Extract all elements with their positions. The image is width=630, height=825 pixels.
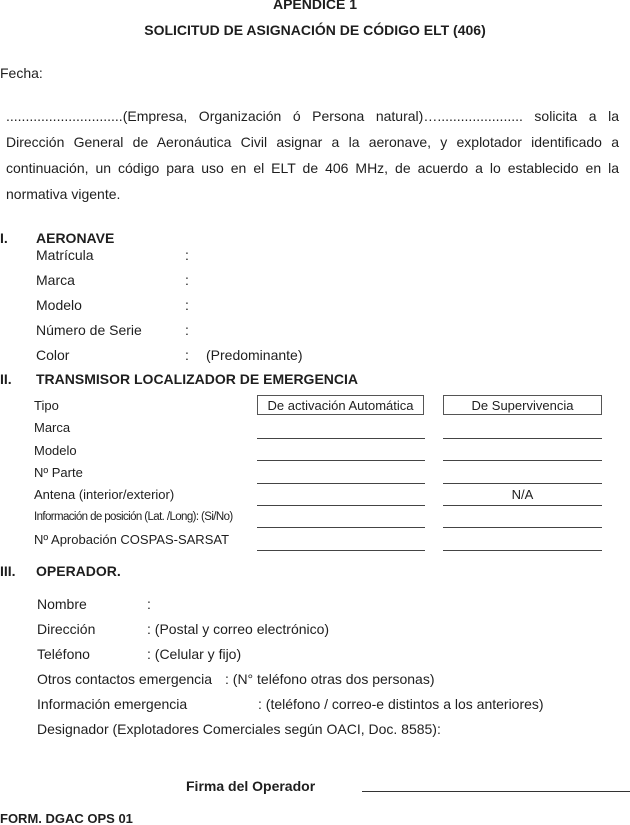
operator-value-otros-contactos: : (N° teléfono otras dos personas) — [225, 671, 434, 687]
intro-paragraph: ..............................(Empresa, … — [6, 103, 619, 207]
section1-title: AERONAVE — [36, 230, 114, 246]
operator-label-telefono: Teléfono — [37, 646, 90, 662]
section3-title: OPERADOR. — [36, 563, 121, 579]
field-label-color: Color — [36, 347, 69, 363]
appendix-heading: APENDICE 1 — [0, 0, 630, 12]
elt-type-label: Tipo — [34, 398, 59, 413]
section2-number: II. — [0, 371, 12, 387]
section3-number: III. — [0, 563, 16, 579]
operator-label-direccion: Dirección — [37, 621, 95, 637]
elt-modelo-auto-field[interactable] — [257, 460, 425, 461]
section1-number: I. — [0, 230, 8, 246]
field-colon: : — [185, 247, 189, 263]
field-colon: : — [185, 347, 189, 363]
operator-value-direccion: : (Postal y correo electrónico) — [147, 621, 329, 637]
field-label-marca: Marca — [36, 272, 75, 288]
field-colon: : — [185, 272, 189, 288]
signature-line[interactable] — [362, 791, 630, 792]
field-label-modelo: Modelo — [36, 297, 82, 313]
elt-type-automatic: De activación Automática — [257, 395, 424, 415]
elt-marca-auto-field[interactable] — [257, 438, 425, 439]
section2-title: TRANSMISOR LOCALIZADOR DE EMERGENCIA — [36, 371, 358, 387]
form-title: SOLICITUD DE ASIGNACIÓN DE CÓDIGO ELT (4… — [0, 22, 630, 38]
elt-type-survival: De Supervivencia — [443, 395, 602, 415]
signature-label: Firma del Operador — [186, 778, 315, 794]
field-hint-color: (Predominante) — [206, 347, 303, 363]
elt-row-label-antena: Antena (interior/exterior) — [34, 487, 174, 502]
elt-row-label-posicion: Información de posición (Lat. /Long): (S… — [34, 511, 233, 523]
operator-designador: Designador (Explotadores Comerciales seg… — [37, 721, 441, 737]
elt-marca-survival-field[interactable] — [443, 438, 602, 439]
elt-cospas-survival-field[interactable] — [443, 550, 602, 551]
elt-modelo-survival-field[interactable] — [443, 460, 602, 461]
elt-antena-auto-field[interactable] — [257, 505, 425, 506]
form-code: FORM. DGAC OPS 01 — [0, 811, 133, 825]
elt-row-label-parte: Nº Parte — [34, 465, 83, 480]
elt-cospas-auto-field[interactable] — [257, 550, 425, 551]
operator-label-nombre: Nombre — [37, 596, 87, 612]
operator-value-info-emergencia: : (teléfono / correo-e distintos a los a… — [258, 696, 544, 712]
elt-parte-auto-field[interactable] — [257, 483, 425, 484]
elt-antena-survival-field[interactable] — [443, 505, 602, 506]
field-colon: : — [185, 322, 189, 338]
field-label-numero-serie: Número de Serie — [36, 322, 142, 338]
elt-row-label-modelo: Modelo — [34, 443, 77, 458]
elt-row-label-marca: Marca — [34, 420, 70, 435]
elt-posicion-auto-field[interactable] — [257, 527, 425, 528]
elt-parte-survival-field[interactable] — [443, 483, 602, 484]
elt-posicion-survival-field[interactable] — [443, 527, 602, 528]
operator-value-telefono: : (Celular y fijo) — [147, 646, 241, 662]
field-label-matricula: Matrícula — [36, 247, 94, 263]
elt-antena-survival-value: N/A — [443, 487, 602, 502]
operator-value-nombre: : — [147, 596, 151, 612]
operator-label-otros-contactos: Otros contactos emergencia — [37, 671, 212, 687]
operator-label-info-emergencia: Información emergencia — [37, 696, 187, 712]
field-colon: : — [185, 297, 189, 313]
elt-row-label-cospas: Nº Aprobación COSPAS-SARSAT — [34, 532, 229, 547]
date-label: Fecha: — [0, 65, 43, 81]
